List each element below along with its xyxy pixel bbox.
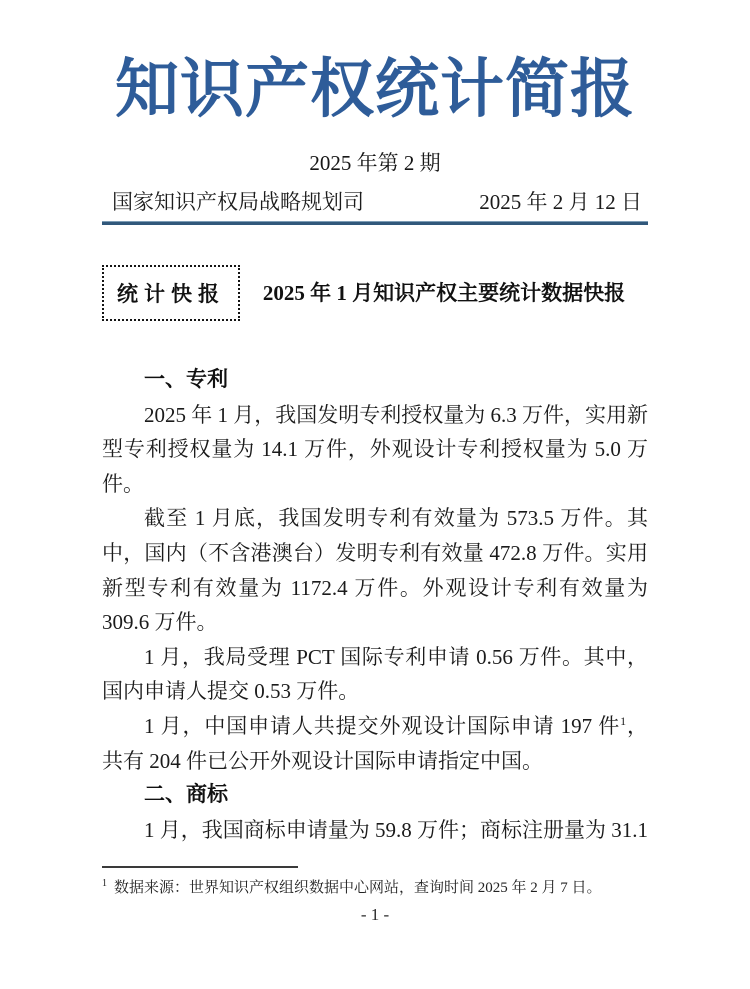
page-number: - 1 - — [0, 905, 750, 925]
paragraph-trademarks: 1 月，我国商标申请量为 59.8 万件；商标注册量为 31.1 — [102, 813, 648, 848]
stamp-box: 统计快报 — [102, 265, 240, 321]
section-heading-trademarks: 二、商标 — [102, 778, 648, 813]
department-name: 国家知识产权局战略规划司 — [112, 190, 364, 214]
footnote-text: 数据来源：世界知识产权组织数据中心网站，查询时间 2025 年 2 月 7 日。 — [114, 880, 602, 896]
footnote-separator — [102, 866, 298, 868]
bulletin-headline: 2025 年 1 月知识产权主要统计数据快报 — [240, 280, 648, 306]
footnote-block: 1数据来源：世界知识产权组织数据中心网站，查询时间 2025 年 2 月 7 日… — [102, 866, 648, 898]
document-body: 一、专利 2025 年 1 月，我国发明专利授权量为 6.3 万件，实用新型专利… — [102, 363, 648, 847]
masthead: 知识产权统计简报 2025 年第 2 期 国家知识产权局战略规划司 2025 年… — [102, 50, 648, 225]
stamp-label: 统计快报 — [117, 283, 225, 306]
section-heading-patents: 一、专利 — [102, 363, 648, 398]
paragraph-hague-designs-text: 1 月，中国申请人共提交外观设计国际申请 197 件 — [144, 714, 620, 738]
footnote: 1数据来源：世界知识产权组织数据中心网站，查询时间 2025 年 2 月 7 日… — [102, 874, 648, 898]
masthead-title: 知识产权统计简报 — [102, 50, 648, 130]
byline-row: 国家知识产权局战略规划司 2025 年 2 月 12 日 — [102, 190, 648, 214]
paragraph-patents-in-force: 截至 1 月底，我国发明专利有效量为 573.5 万件。其中，国内（不含港澳台）… — [102, 501, 648, 639]
footnote-marker: 1 — [102, 878, 107, 889]
header-rule — [102, 221, 648, 225]
bulletin-header: 统计快报 2025 年 1 月知识产权主要统计数据快报 — [102, 265, 648, 321]
issue-number: 2025 年第 2 期 — [102, 152, 648, 174]
paragraph-patent-grants: 2025 年 1 月，我国发明专利授权量为 6.3 万件，实用新型专利授权量为 … — [102, 398, 648, 502]
document-page: 知识产权统计简报 2025 年第 2 期 国家知识产权局战略规划司 2025 年… — [0, 0, 750, 989]
paragraph-hague-designs: 1 月，中国申请人共提交外观设计国际申请 197 件1，共有 204 件已公开外… — [102, 709, 648, 778]
paragraph-pct-applications: 1 月，我局受理 PCT 国际专利申请 0.56 万件。其中，国内申请人提交 0… — [102, 640, 648, 709]
publish-date: 2025 年 2 月 12 日 — [479, 190, 642, 214]
